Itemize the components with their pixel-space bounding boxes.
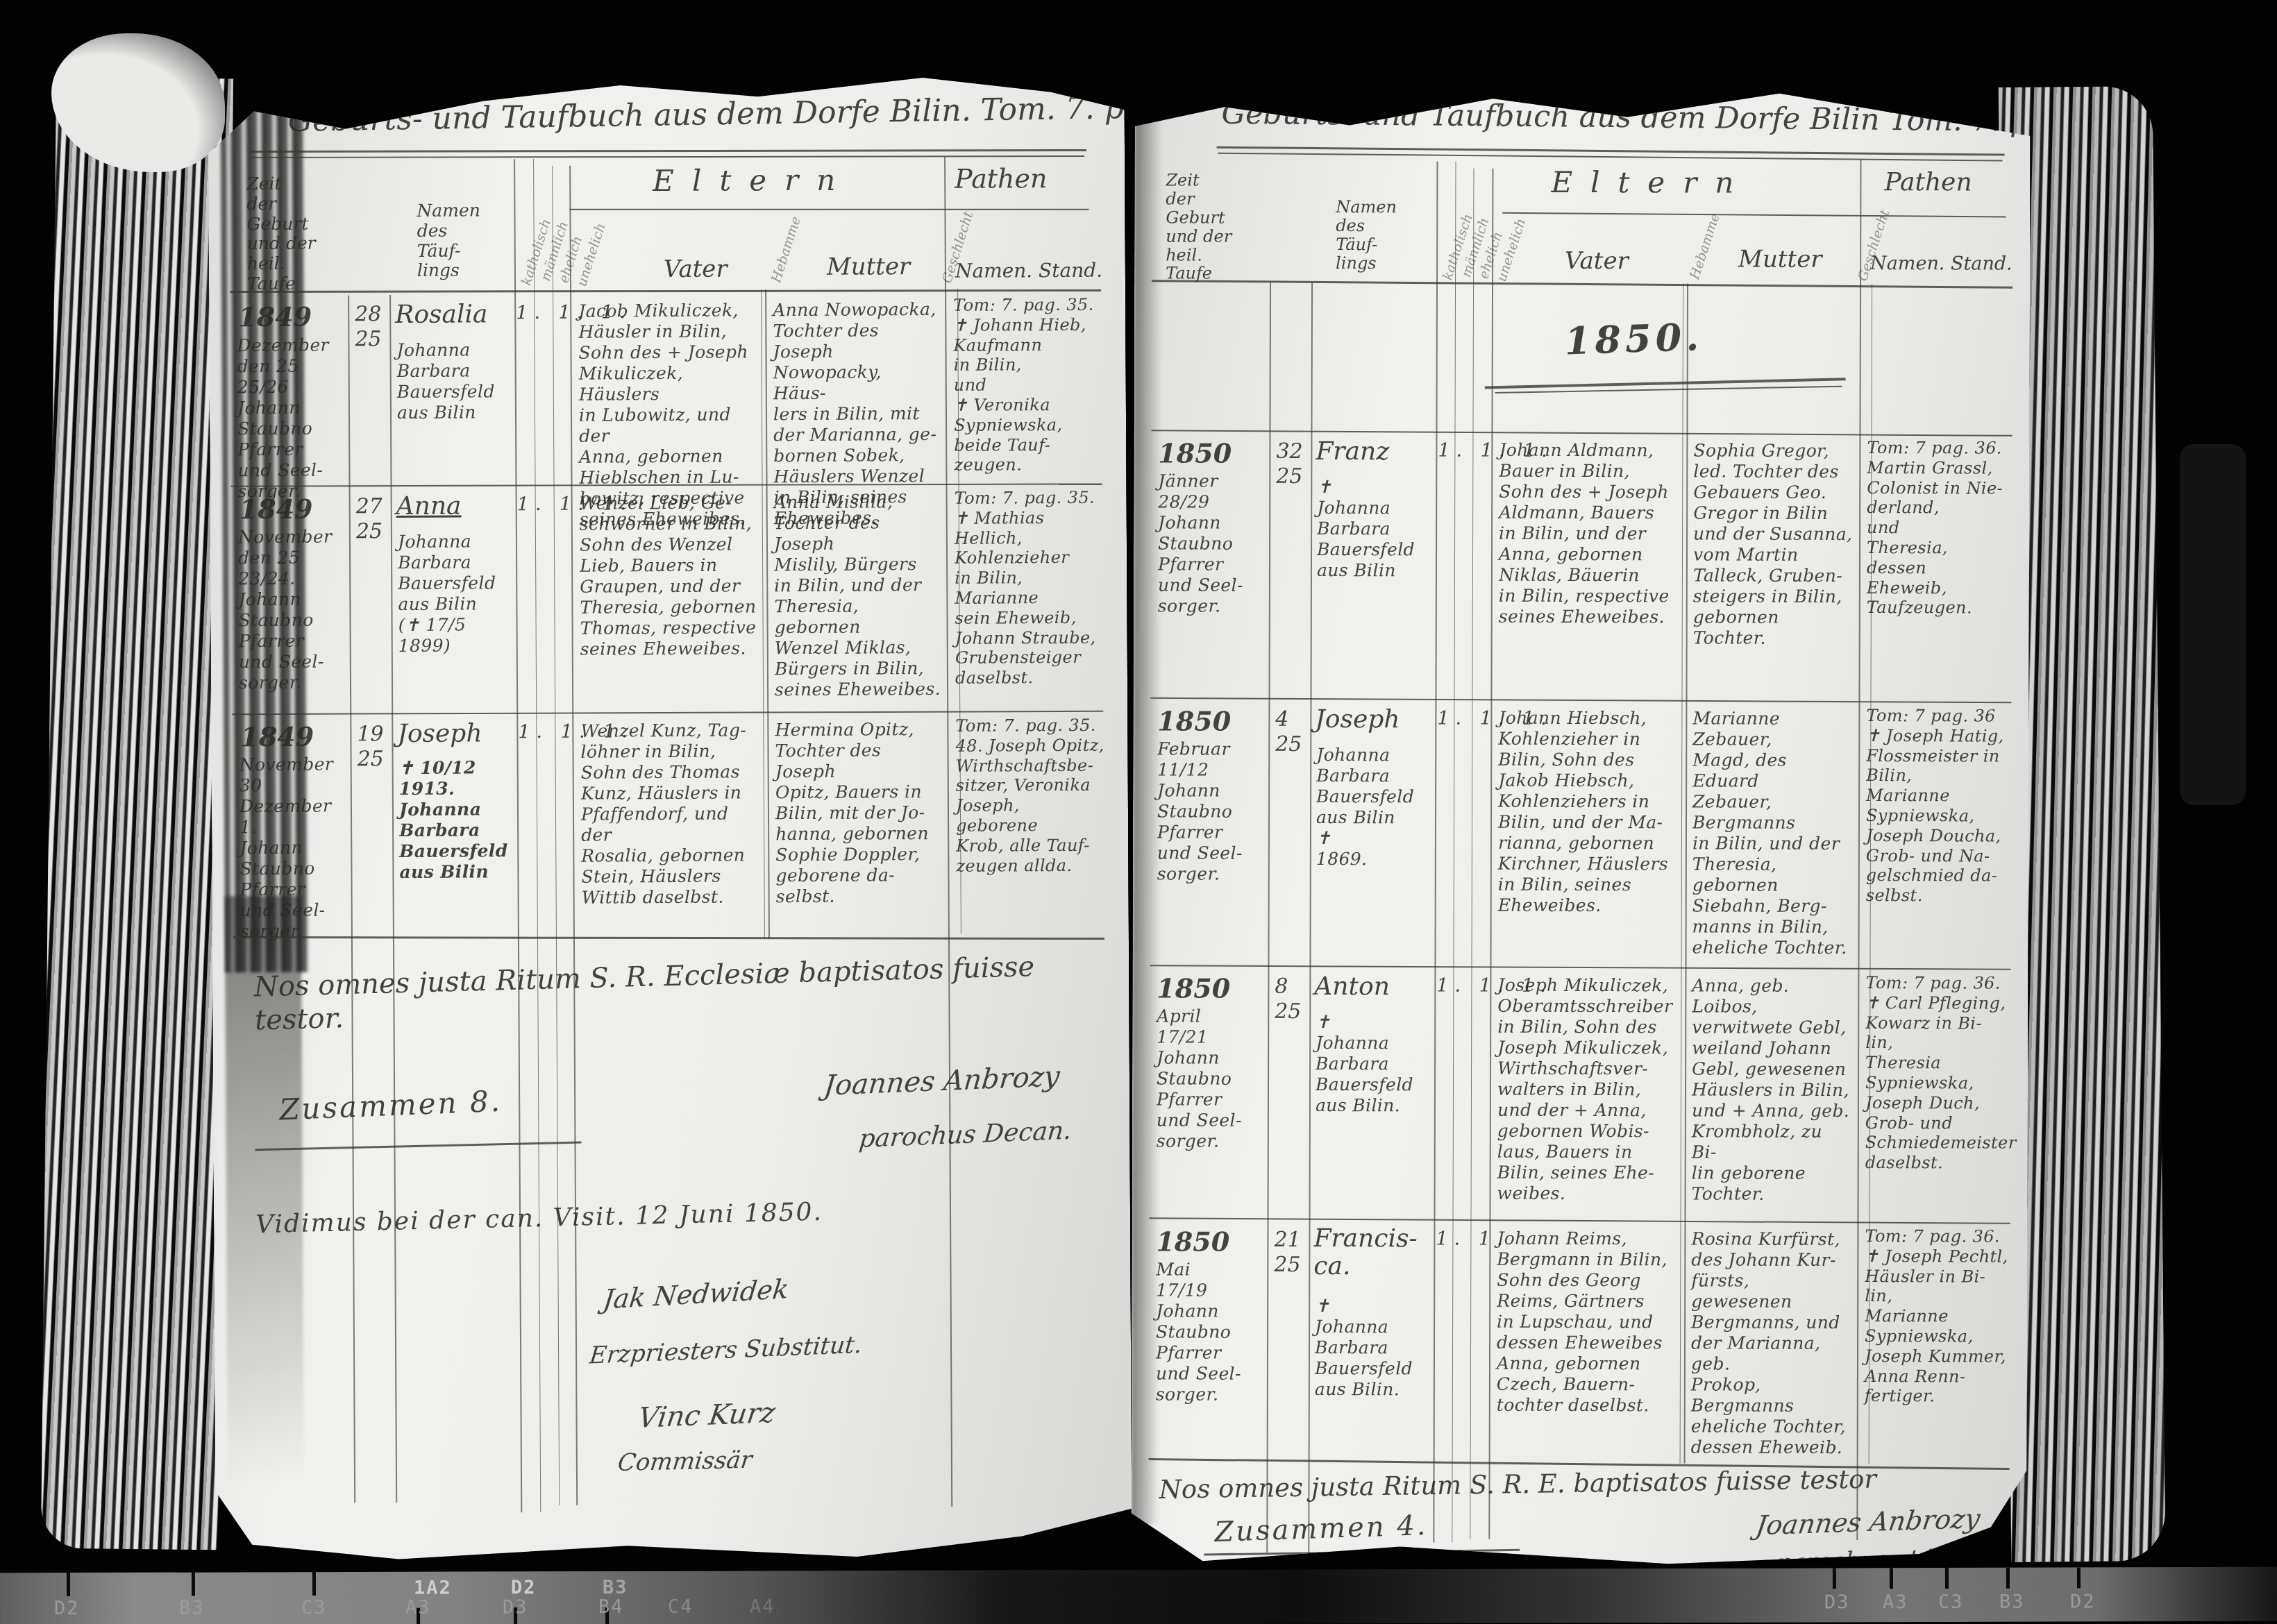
priest-signature: Joannes Anbrozy — [823, 1060, 1061, 1103]
pathen-column-header: Namen. Stand. — [955, 259, 1102, 283]
grid-line — [233, 936, 1104, 940]
vater-column-header: Vater — [1565, 247, 1629, 276]
grid-line — [533, 159, 541, 1512]
entry-year: 1850 — [1158, 437, 1232, 469]
entry-mother: Rosina Kurfürst, des Johann Kur- fürsts,… — [1691, 1228, 1851, 1458]
entry-godparents: Tom: 7 pag. 36. Martin Grassl, Colonist … — [1867, 438, 2013, 618]
entry-number: 8 25 — [1275, 974, 1309, 1024]
summa-line: Zusammen 8. — [278, 1084, 503, 1128]
ruler-label: C3 — [1938, 1591, 1964, 1613]
grid-line — [1152, 280, 2013, 289]
entry-number: 21 25 — [1274, 1228, 1309, 1278]
entry-midwife-note: ✝ 10/12 1913. Johanna Barbara Bauersfeld… — [399, 757, 528, 883]
ruler-label: C3 — [301, 1597, 327, 1618]
grid-line — [1452, 162, 1456, 1543]
grid-line — [1470, 169, 1474, 1539]
grid-line — [1151, 430, 2012, 437]
ruler-tick — [1833, 1568, 1836, 1589]
entry-godparents: Tom: 7 pag. 36. ✝ Carl Pfleging, Kowarz … — [1865, 973, 2012, 1174]
grid-line — [1684, 283, 1688, 1463]
entry-date: April 17/21 Johann Staubno Pfarrer und S… — [1157, 1006, 1272, 1151]
summa-underline — [255, 1142, 582, 1151]
entry-midwife-note: ✝ Johanna Barbara Bauersfeld aus Bilin. — [1316, 1012, 1430, 1116]
entry-year: 1849 — [238, 301, 312, 333]
ruler-tick — [67, 1573, 70, 1596]
date-column-header: Zeit der Geburt und der heil. Taufe — [1166, 171, 1232, 282]
entry-year: 1849 — [240, 721, 314, 753]
entry-number: 32 25 — [1276, 439, 1311, 489]
ruler-label: A4 — [750, 1596, 775, 1617]
entry-number: 28 25 — [355, 302, 389, 352]
left-page: Geburts- und Taufbuch aus dem Dorfe Bili… — [208, 59, 1132, 1566]
ruler-label: D2 — [54, 1598, 80, 1619]
pathen-header: Pathen — [955, 163, 1047, 195]
entry-godparents: Tom: 7. pag. 35. ✝ Johann Hieb, Kaufmann… — [953, 295, 1103, 475]
entry-midwife-note: ✝ Johanna Barbara Bauersfeld aus Bilin. — [1315, 1296, 1429, 1400]
priest-signature-title: parochus Decan. — [857, 1116, 1073, 1155]
entry-year: 1850 — [1157, 972, 1230, 1004]
entry-father: Johann Hiebsch, Kohlenzieher in Bilin, S… — [1498, 708, 1676, 917]
entry-date: Februar 11/12 Johann Staubno Pfarrer und… — [1157, 738, 1272, 884]
mutter-column-header: Mutter — [1738, 246, 1822, 274]
entry-date: November 30 Dezember 1. Johann Staubno P… — [240, 754, 358, 942]
grid-line — [1433, 161, 1438, 1542]
entry-date: November den 25 23/24. Johann Staubno Pf… — [238, 526, 357, 693]
ruler-tick — [1890, 1568, 1893, 1589]
entry-child-name: Anton — [1314, 972, 1390, 1001]
entry-child-name: Anna — [396, 491, 462, 522]
title-underline — [250, 149, 1086, 153]
grid-line — [552, 166, 560, 1505]
ruler-label: B3 — [603, 1577, 628, 1598]
entry-number: 19 25 — [357, 722, 392, 772]
corner-note: 11610 — [1850, 85, 1899, 104]
entry-father: Johann Aldmann, Bauer in Bilin, Sohn des… — [1499, 440, 1677, 628]
microfilm-ruler-strip: D2 B3 C3 A3 D3 B4 C4 A4 1A2 D2 B3 D3 A3 … — [0, 1567, 2277, 1624]
ruler-tick — [2006, 1568, 2010, 1589]
entry-child-name: Joseph — [1315, 704, 1400, 735]
grid-line — [765, 289, 770, 938]
entry-child-name: Joseph — [397, 718, 482, 749]
entry-date: Jänner 28/29 Johann Staubno Pfarrer und … — [1158, 471, 1273, 616]
entry-mother: Anna, geb. Loibos, verwitwete Gebl, weil… — [1692, 975, 1852, 1205]
ruler-label: D2 — [511, 1577, 537, 1598]
entry-year: 1850 — [1156, 1226, 1229, 1258]
rotated-header-hebamme: Hebamme — [1687, 212, 1723, 282]
ruler-tick — [192, 1573, 195, 1596]
eltern-underline — [569, 209, 1089, 210]
entry-godparents: Tom: 7 pag. 36 ✝ Joseph Hatig, Flossmeis… — [1866, 706, 2013, 906]
visitation-signature-1-title: Erzpriesters Substitut. — [588, 1331, 863, 1371]
eltern-underline — [1502, 212, 2006, 218]
grid-line — [1680, 283, 1683, 1463]
entry-midwife-note: Johanna Barbara Bauersfeld aus Bilin ✝ 1… — [1316, 745, 1431, 870]
ruler-label: A3 — [405, 1597, 431, 1618]
entry-mother: Marianne Zebauer, Magd, des Eduard Zebau… — [1692, 708, 1852, 958]
entry-father: Wenzel Kunz, Tag- löhner in Bilin, Sohn … — [580, 720, 762, 908]
ruler-label: B3 — [1999, 1591, 2025, 1613]
grid-line — [389, 295, 397, 1503]
eltern-header: Eltern — [1551, 165, 1751, 201]
entry-number: 4 25 — [1275, 707, 1310, 757]
entry-date: Dezember den 25 25/26 Johann Staubno Pfa… — [237, 335, 355, 502]
summa-underline — [1204, 1549, 1520, 1556]
year-heading: 1850. — [1564, 314, 1704, 364]
grid-line — [1150, 965, 2010, 970]
name-column-header: Namen des Täuf- lings — [417, 201, 480, 280]
grid-line — [230, 289, 1101, 293]
mutter-column-header: Mutter — [827, 253, 911, 281]
entry-child-name: Franz — [1316, 437, 1389, 466]
entry-number: 27 25 — [356, 494, 391, 544]
pathen-header: Pathen — [1884, 167, 1972, 198]
page-title: Geburts- und Taufbuch aus dem Dorfe Bili… — [1221, 96, 2013, 140]
ruler-label: C4 — [668, 1596, 694, 1618]
entry-midwife-note: Johanna Barbara Bauersfeld aus Bilin (✝ … — [398, 531, 520, 657]
page-title: Geburts- und Taufbuch aus dem Dorfe Bili… — [287, 91, 1093, 140]
vidimus-note: Vidimus bei der can. Visit. 12 Juni 1850… — [255, 1197, 823, 1240]
ruler-label: D3 — [1824, 1591, 1850, 1613]
ruler-tick — [2077, 1567, 2081, 1588]
ruler-label: B3 — [179, 1598, 205, 1619]
book-left-edge — [41, 77, 233, 1550]
entry-father: Joseph Mikuliczek, Oberamtsschreiber in … — [1497, 975, 1675, 1205]
ruler-label: A3 — [1883, 1591, 1908, 1613]
summa-line: Zusammen 4. — [1214, 1509, 1428, 1549]
entry-date: Mai 17/19 Johann Staubno Pfarrer und See… — [1156, 1259, 1271, 1405]
visitation-signature-1: Jak Nedwidek — [601, 1274, 791, 1316]
film-edge-smudge — [2180, 444, 2246, 805]
grid-line — [1488, 169, 1493, 1539]
priest-signature: Joannes Anbrozy — [1754, 1503, 1982, 1542]
entry-godparents: Tom: 7 pag. 36. ✝ Joseph Pechtl, Häusler… — [1865, 1226, 2011, 1407]
ruler-tick — [312, 1572, 316, 1596]
grid-line — [1150, 697, 2011, 703]
entry-year: 1850 — [1157, 705, 1231, 737]
entry-child-name: Francis- ca. — [1313, 1225, 1417, 1280]
entry-midwife-note: ✝ Johanna Barbara Bauersfeld aus Bilin — [1317, 477, 1431, 581]
date-column-header: Zeit der Geburt und der heil. Taufe — [246, 174, 316, 294]
entry-godparents: Tom: 7. pag. 35. 48. Joseph Opitz, Wirth… — [955, 716, 1105, 876]
rotated-header-hebamme: Hebamme — [768, 214, 804, 285]
ruler-label: B4 — [598, 1596, 624, 1618]
grid-line — [232, 711, 1103, 715]
title-underline — [251, 155, 1084, 158]
microfilm-frame: D2 B3 C3 A3 D3 B4 C4 A4 1A2 D2 B3 D3 A3 … — [0, 0, 2277, 1624]
name-column-header: Namen des Täuf- lings — [1336, 198, 1397, 273]
entry-mother: Sophia Gregor, led. Tochter des Gebauers… — [1693, 440, 1854, 649]
eltern-header: Eltern — [653, 163, 853, 199]
entry-godparents: Tom: 7. pag. 35. ✝ Mathias Hellich, Kohl… — [955, 488, 1105, 688]
latin-attestation: Nos omnes justa Ritum S. R. Ecclesiæ bap… — [253, 949, 1081, 1037]
latin-attestation: Nos omnes justa Ritum S. R. E. baptisato… — [1159, 1462, 1992, 1505]
entry-year: 1849 — [240, 493, 313, 525]
entry-midwife-note: Johanna Barbara Bauersfeld aus Bilin — [396, 339, 512, 423]
visitation-signature-2: Vinc Kurz — [636, 1396, 777, 1435]
vater-column-header: Vater — [664, 255, 728, 284]
ruler-tick — [1945, 1568, 1949, 1589]
entry-mother: Hermina Opitz, Tochter des Joseph Opitz,… — [775, 719, 942, 907]
pathen-column-header: Namen. Stand. — [1870, 253, 2013, 276]
grid-line — [1150, 1217, 2010, 1224]
visitation-signature-2-title: Commissär — [616, 1446, 754, 1478]
ruler-label: 1A2 — [414, 1578, 452, 1599]
right-page: Geburts- und Taufbuch aus dem Dorfe Bili… — [1131, 74, 2031, 1575]
entry-father: Johann Reims, Bergmann in Bilin, Sohn de… — [1497, 1228, 1674, 1416]
entry-child-name: Rosalia — [395, 299, 487, 330]
entry-mother: Anna Mislila, Tochter des Joseph Mislily… — [774, 491, 942, 700]
grid-line — [944, 157, 952, 1507]
grid-line — [1856, 159, 1861, 1540]
ruler-label: D3 — [503, 1596, 528, 1618]
ruler-label: D2 — [2070, 1591, 2096, 1612]
entry-father: Wenzel Lieb, Ge- schworner in Bilin, Soh… — [580, 492, 761, 659]
grid-line — [569, 166, 578, 1505]
